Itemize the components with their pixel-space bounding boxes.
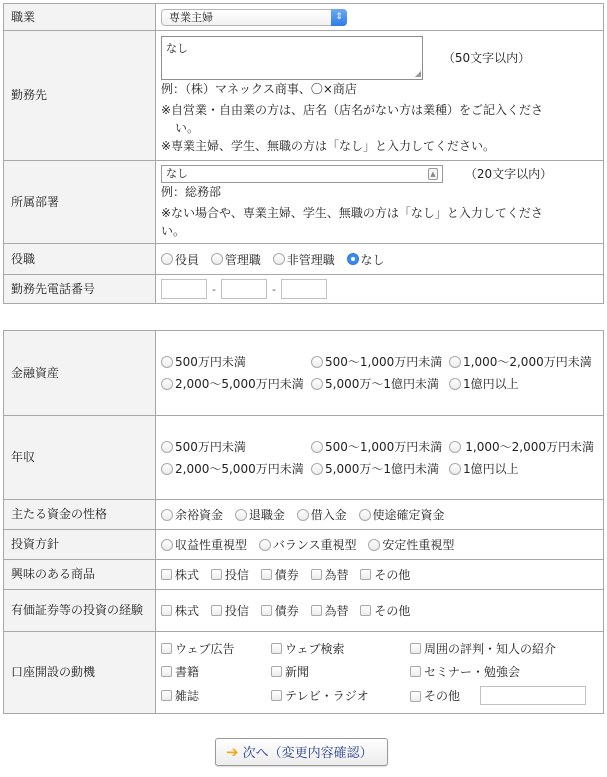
- occupation-label: 職業: [4, 4, 156, 31]
- annual-income-label: 年収: [4, 416, 156, 500]
- next-confirm-button[interactable]: ➔次へ（変更内容確認）: [215, 738, 388, 766]
- motive-checkbox[interactable]: 雑誌: [161, 686, 271, 705]
- radio-icon: [161, 253, 173, 265]
- annual-income-option[interactable]: 1,000〜2,000万円未満: [449, 440, 594, 454]
- interested-product-checkbox[interactable]: その他: [360, 566, 410, 583]
- experience-checkbox[interactable]: その他: [360, 602, 410, 619]
- motive-checkbox[interactable]: 新聞: [271, 663, 410, 680]
- annual-income-option[interactable]: 1億円以上: [449, 462, 594, 476]
- annual-income-option[interactable]: 2,000〜5,000万円未満: [161, 462, 311, 476]
- experience-checkbox[interactable]: 投信: [211, 602, 249, 619]
- experience-label: 有価証券等の投資の経験: [4, 590, 156, 632]
- investment-policy-label: 投資方針: [4, 530, 156, 560]
- motive-checkbox[interactable]: ウェブ広告: [161, 640, 271, 657]
- position-option-none[interactable]: なし: [347, 251, 385, 268]
- autofill-contact-icon[interactable]: ▲: [428, 168, 438, 180]
- employer-textarea[interactable]: なし ◢: [161, 36, 423, 80]
- employer-note-none: ※専業主婦、学生、無職の方は「なし」と入力してください。: [161, 137, 603, 155]
- employer-limit: （50文字以内）: [443, 49, 530, 66]
- motive-checkbox-other[interactable]: その他: [410, 687, 460, 704]
- employer-note-self-employed: ※自営業・自由業の方は、店名（店名がない方は業種）をご記入くださ: [161, 101, 603, 119]
- interested-product-checkbox[interactable]: 債券: [261, 566, 299, 583]
- motive-checkbox[interactable]: テレビ・ラジオ: [271, 686, 410, 705]
- department-limit: （20文字以内）: [465, 165, 552, 182]
- fund-nature-option[interactable]: 余裕資金: [161, 506, 223, 523]
- fund-nature-option[interactable]: 使途確定資金: [359, 506, 445, 523]
- select-arrows-icon: ⇕: [331, 9, 347, 26]
- interested-product-checkbox[interactable]: 株式: [161, 566, 199, 583]
- arrow-right-icon: ➔: [226, 743, 239, 761]
- employer-example: 例：（株）マネックス商事、〇×商店: [161, 80, 603, 98]
- department-note: ※ない場合や、専業主婦、学生、無職の方は「なし」と入力してくださ: [161, 204, 603, 222]
- fund-nature-option[interactable]: 退職金: [235, 506, 285, 523]
- experience-checkbox[interactable]: 株式: [161, 602, 199, 619]
- work-phone-label: 勤務先電話番号: [4, 275, 156, 304]
- work-phone-part-2[interactable]: [221, 279, 267, 299]
- annual-income-option[interactable]: 500万円未満: [161, 440, 311, 454]
- annual-income-option[interactable]: 500〜1,000万円未満: [311, 440, 449, 454]
- motive-other-input[interactable]: [480, 686, 586, 705]
- position-option-officer[interactable]: 役員: [161, 251, 199, 268]
- radio-icon: [211, 253, 223, 265]
- department-label: 所属部署: [4, 161, 156, 244]
- financial-assets-label: 金融資産: [4, 331, 156, 416]
- financial-assets-option[interactable]: 500万円未満: [161, 355, 311, 369]
- financial-assets-option[interactable]: 500〜1,000万円未満: [311, 355, 449, 369]
- annual-income-option[interactable]: 5,000万〜1億円未満: [311, 462, 449, 476]
- radio-icon: [273, 253, 285, 265]
- interested-products-label: 興味のある商品: [4, 560, 156, 590]
- financial-assets-option[interactable]: 1億円以上: [449, 377, 594, 391]
- experience-checkbox[interactable]: 為替: [311, 602, 349, 619]
- investment-policy-option[interactable]: 収益性重視型: [161, 536, 247, 553]
- financial-assets-option[interactable]: 1,000〜2,000万円未満: [449, 355, 594, 369]
- radio-checked-icon: [347, 253, 359, 265]
- position-option-non-manager[interactable]: 非管理職: [273, 251, 335, 268]
- investment-info-table: 金融資産 500万円未満 500〜1,000万円未満 1,000〜2,000万円…: [3, 330, 604, 714]
- motive-label: 口座開設の動機: [4, 632, 156, 714]
- work-phone-part-1[interactable]: [161, 279, 207, 299]
- investment-policy-option[interactable]: 安定性重視型: [368, 536, 454, 553]
- interested-product-checkbox[interactable]: 投信: [211, 566, 249, 583]
- interested-product-checkbox[interactable]: 為替: [311, 566, 349, 583]
- work-phone-part-3[interactable]: [281, 279, 327, 299]
- motive-checkbox[interactable]: ウェブ検索: [271, 640, 410, 657]
- motive-checkbox[interactable]: セミナー・勉強会: [410, 663, 607, 680]
- motive-checkbox[interactable]: 周囲の評判・知人の紹介: [410, 640, 607, 657]
- personal-info-table: 職業 専業主婦 ⇕ 勤務先 なし ◢ （50文字以内） 例：（株）マネックス商事…: [3, 3, 604, 304]
- position-option-manager[interactable]: 管理職: [211, 251, 261, 268]
- department-input[interactable]: なし ▲: [161, 165, 443, 183]
- fund-nature-label: 主たる資金の性格: [4, 500, 156, 530]
- department-example: 例：総務部: [161, 183, 603, 201]
- investment-policy-option[interactable]: バランス重視型: [259, 536, 357, 553]
- financial-assets-option[interactable]: 2,000〜5,000万円未満: [161, 377, 311, 391]
- resize-grip-icon[interactable]: ◢: [415, 69, 421, 78]
- experience-checkbox[interactable]: 債券: [261, 602, 299, 619]
- occupation-select[interactable]: 専業主婦 ⇕: [161, 9, 347, 26]
- fund-nature-option[interactable]: 借入金: [297, 506, 347, 523]
- financial-assets-option[interactable]: 5,000万〜1億円未満: [311, 377, 449, 391]
- motive-checkbox[interactable]: 書籍: [161, 663, 271, 680]
- employer-label: 勤務先: [4, 31, 156, 161]
- position-label: 役職: [4, 244, 156, 275]
